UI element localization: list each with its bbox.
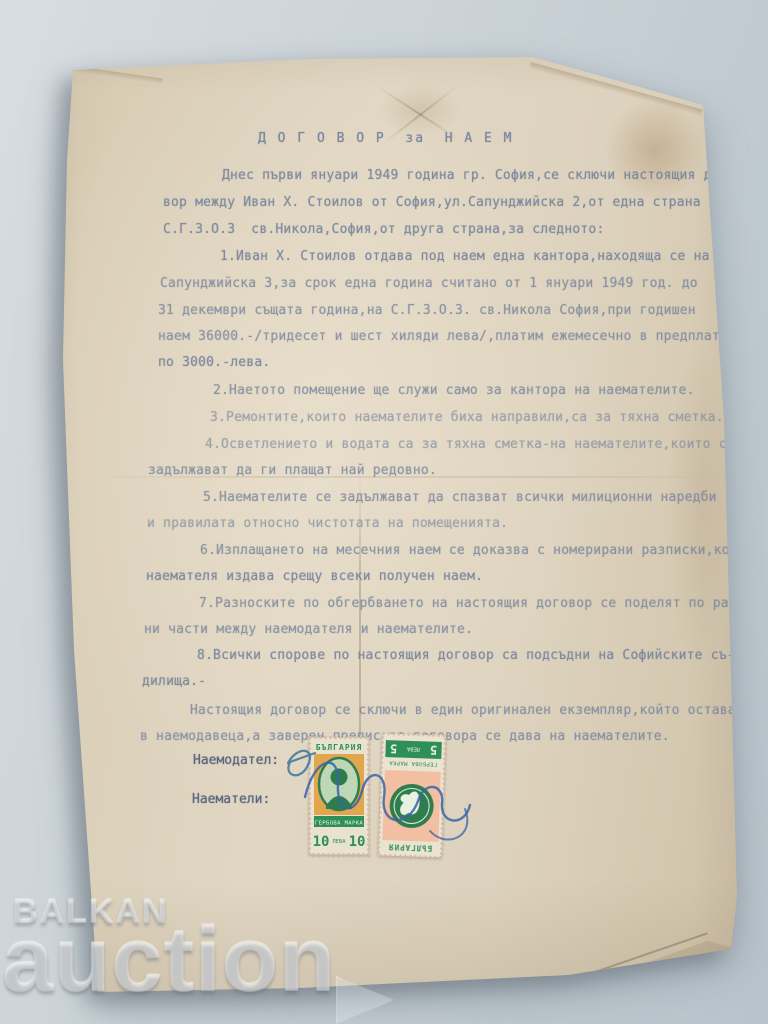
crease-bottom-right-fold (586, 932, 708, 976)
typed-line: 8.Всички спорове по настоящия договор са… (197, 648, 735, 663)
typed-line: 3.Ремонтите,които наемателите биха напра… (210, 410, 724, 425)
revenue-stamp-5-leva-inverted: БЪЛГАРИЯ ГЕРБОВА МАРКА 5 ЛЕВА 5 (377, 732, 447, 859)
typed-line: ни части между наемодателя и наемателите… (144, 622, 473, 637)
stamp-portrait (331, 769, 348, 786)
typed-line: 7.Разноските по обгербването на настоящи… (199, 596, 745, 611)
typed-line: Настоящия договор се сключи в един ориги… (190, 703, 736, 718)
typed-line: наем 36000.-/тридесет и шест хиляди лева… (158, 329, 728, 344)
crease-top-right-fold (529, 62, 702, 116)
typed-line: 2.Наетото помещение ще служи само за кан… (213, 383, 695, 398)
revenue-stamp-10-leva: БЪЛГАРИЯ ГЕРБОВА МАРКА 10 ЛЕВА 10 (308, 736, 370, 856)
crease-top-left-corner (73, 66, 163, 84)
paper-sheet: Д О Г О В О Р за Н А Е М Днес първи януа… (0, 0, 768, 1024)
typed-line: задължават да ги плащат най редовно. (148, 463, 437, 478)
stamp-currency: ЛЕВА (332, 839, 346, 845)
stamp-country-text: БЪЛГАРИЯ (316, 743, 363, 752)
stamp-label-text: ГЕРБОВА МАРКА (315, 821, 364, 827)
typed-line: дилища.- (142, 674, 206, 689)
stamp-value: 5 (430, 743, 438, 757)
photo-background: { "scene": { "background_color": "#c6cfd… (0, 0, 768, 1024)
typed-line: наемателя издава срещу всеки получен нае… (146, 569, 483, 584)
typed-line: 31 декември същата година,на С.Г.З.О.З. … (158, 303, 696, 318)
typed-line: по 3000.-лева. (158, 355, 270, 370)
stamp-value-repeat: 5 (390, 741, 398, 755)
typed-line: Сапунджийска 3,за срок една година счита… (160, 276, 698, 291)
paper-shadow: Д О Г О В О Р за Н А Е М Днес първи януа… (0, 0, 768, 1024)
typed-line: 4.Осветлението и водата са за тяхна смет… (205, 437, 735, 452)
stamp-currency: ЛЕВА (406, 745, 420, 751)
stamp-value-repeat: 10 (349, 834, 366, 850)
stamp-country-text: БЪЛГАРИЯ (388, 842, 432, 853)
tenants-label: Наематели: (192, 792, 270, 807)
typed-line: 1.Иван Х. Стоилов отдава под наем една к… (220, 249, 742, 264)
typed-line: и правилата относно чистотата на помещен… (147, 516, 508, 531)
landlord-label: Наемодател: (193, 753, 279, 768)
paper-edge-shading (0, 0, 768, 1024)
typed-line: 6.Изплащането на месечния наем се доказв… (200, 543, 754, 558)
typed-line: 5.Наемателите се задължават да спазват в… (203, 490, 717, 505)
typed-line: вор между Иван Х. Стоилов от София,ул.Са… (163, 195, 717, 210)
typed-line: Днес първи януари 1949 година гр. София,… (222, 168, 728, 183)
document-title: Д О Г О В О Р за Н А Е М (258, 131, 514, 146)
stamp-value: 10 (313, 834, 330, 850)
typed-line: С.Г.З.О.З св.Никола,София,от друга стран… (163, 222, 604, 237)
fold-corner-shade (560, 930, 740, 990)
